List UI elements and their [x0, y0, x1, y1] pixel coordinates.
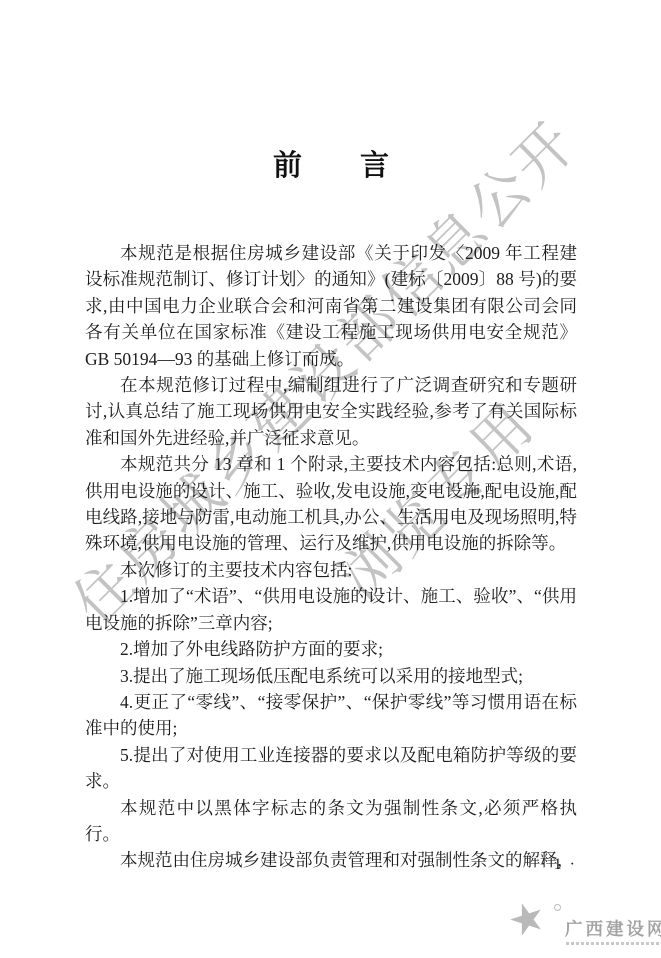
paragraph-10: 本规范中以黑体字标志的条文为强制性条文,必须严格执行。	[85, 795, 577, 848]
paragraph-4: 本次修订的主要技术内容包括:	[85, 557, 577, 583]
logo-ring-icon	[554, 904, 561, 911]
paragraph-5: 1.增加了“术语”、“供用电设施的设计、施工、验收”、“供用电设施的拆除”三章内…	[85, 583, 577, 636]
site-logo: ★ 广西建设网	[508, 896, 660, 956]
logo-tagline	[566, 942, 661, 945]
paragraph-9: 5.提出了对使用工业连接器的要求以及配电箱防护等级的要求。	[85, 742, 577, 795]
paragraph-8: 4.更正了“零线”、“接零保护”、“保护零线”等习惯用语在标准中的使用;	[85, 689, 577, 742]
logo-site-name: 广西建设网	[565, 916, 661, 941]
paragraph-7: 3.提出了施工现场低压配电系统可以采用的接地型式;	[85, 663, 577, 689]
page-title: 前 言	[85, 143, 577, 184]
page-content: 前 言 本规范是根据住房城乡建设部《关于印发〈2009 年工程建设标准规范制订、…	[85, 143, 577, 874]
paragraph-1: 本规范是根据住房城乡建设部《关于印发〈2009 年工程建设标准规范制订、修订计划…	[85, 240, 577, 372]
page-number: · 1 ·	[85, 856, 577, 874]
document-page: 住房城乡建设部信息公开 浏览专用 前 言 本规范是根据住房城乡建设部《关于印发〈…	[0, 0, 661, 958]
star-icon: ★	[501, 889, 552, 947]
paragraph-2: 在本规范修订过程中,编制组进行了广泛调查研究和专题研讨,认真总结了施工现场供用电…	[85, 372, 577, 451]
paragraph-6: 2.增加了外电线路防护方面的要求;	[85, 636, 577, 662]
paragraph-3: 本规范共分 13 章和 1 个附录,主要技术内容包括:总则,术语,供用电设施的设…	[85, 451, 577, 557]
